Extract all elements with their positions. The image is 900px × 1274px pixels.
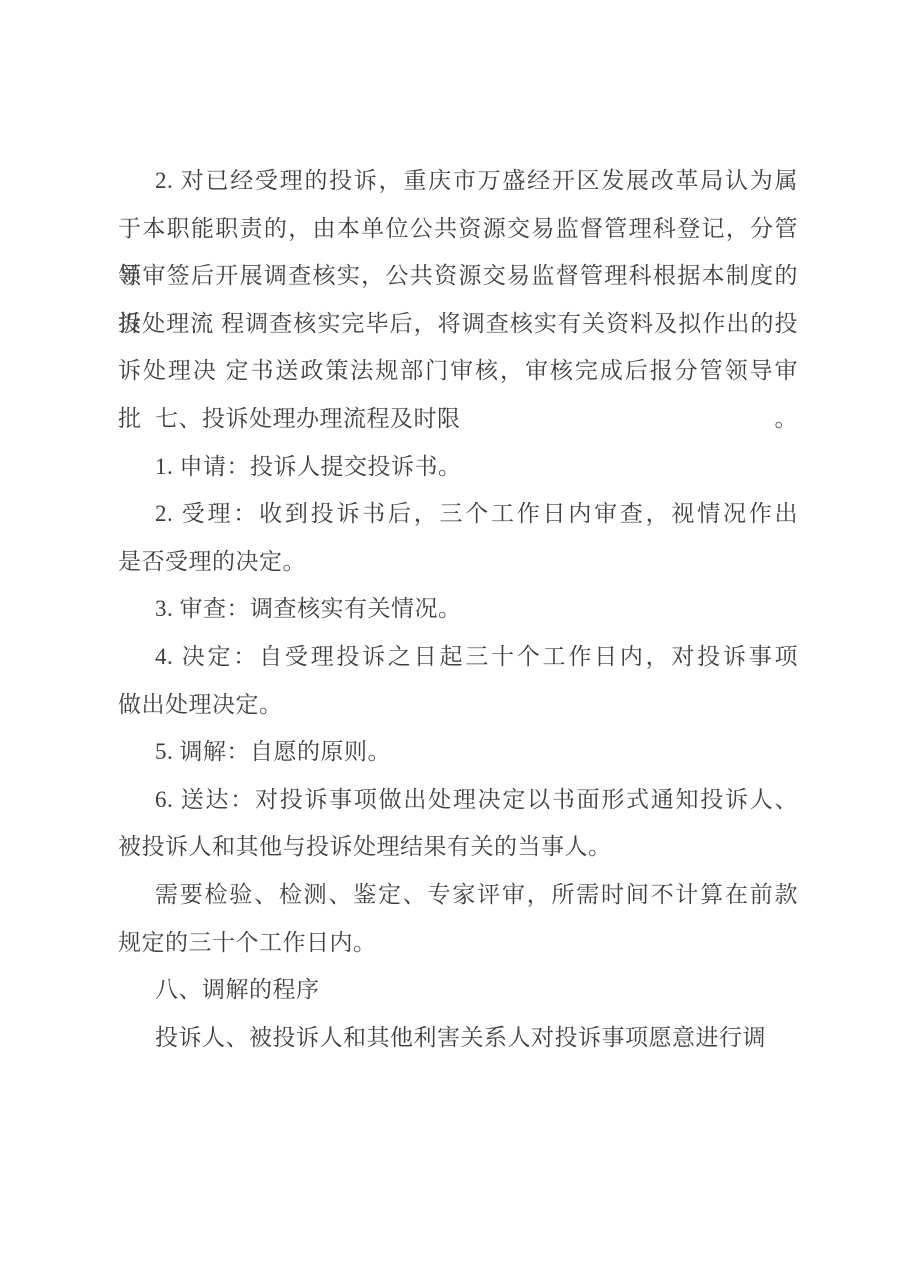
item-2-acceptance: 2. 受理：收到投诉书后，三个工作日内审查，视情况作出是否受理的决定。 <box>118 490 798 585</box>
heading-section-eight-line-1: 八、调解的程序 <box>118 966 798 1014</box>
item-2-acceptance-line-2: 是否受理的决定。 <box>118 538 798 586</box>
para-accepted-complaints-line-2: 于本职能职责的，由本单位公共资源交易监督管理科登记，分管领 <box>118 205 798 253</box>
para-mediation-willingness-line-1: 投诉人、被投诉人和其他利害关系人对投诉事项愿意进行调 <box>118 1014 798 1062</box>
document-page: 2. 对已经受理的投诉，重庆市万盛经开区发展改革局认为属于本职能职责的，由本单位… <box>0 0 900 1274</box>
item-5-mediation: 5. 调解：自愿的原则。 <box>118 728 798 776</box>
document-body: 2. 对已经受理的投诉，重庆市万盛经开区发展改革局认为属于本职能职责的，由本单位… <box>118 157 798 1061</box>
para-inspection-time-exclusion: 需要检验、检测、鉴定、专家评审，所需时间不计算在前款规定的三十个工作日内。 <box>118 871 798 966</box>
item-4-decision-line-1: 4. 决定：自受理投诉之日起三十个工作日内，对投诉事项 <box>118 633 798 681</box>
para-inspection-time-exclusion-line-1: 需要检验、检测、鉴定、专家评审，所需时间不计算在前款 <box>118 871 798 919</box>
heading-section-eight: 八、调解的程序 <box>118 966 798 1014</box>
item-2-acceptance-line-1: 2. 受理：收到投诉书后，三个工作日内审查，视情况作出 <box>118 490 798 538</box>
item-6-delivery: 6. 送达：对投诉事项做出处理决定以书面形式通知投诉人、被投诉人和其他与投诉处理… <box>118 776 798 871</box>
para-accepted-complaints-line-3: 导审签后开展调查核实，公共资源交易监督管理科根据本制度的投 <box>118 252 798 300</box>
item-3-review: 3. 审查：调查核实有关情况。 <box>118 585 798 633</box>
para-accepted-complaints-line-4: 诉处理流 程调查核实完毕后，将调查核实有关资料及拟作出的投 <box>118 300 798 348</box>
item-3-review-line-1: 3. 审查：调查核实有关情况。 <box>118 585 798 633</box>
item-6-delivery-line-2: 被投诉人和其他与投诉处理结果有关的当事人。 <box>118 823 798 871</box>
item-1-application-line-1: 1. 申请：投诉人提交投诉书。 <box>118 443 798 491</box>
item-4-decision-line-2: 做出处理决定。 <box>118 681 798 729</box>
para-inspection-time-exclusion-line-2: 规定的三十个工作日内。 <box>118 919 798 967</box>
item-5-mediation-line-1: 5. 调解：自愿的原则。 <box>118 728 798 776</box>
item-4-decision: 4. 决定：自受理投诉之日起三十个工作日内，对投诉事项做出处理决定。 <box>118 633 798 728</box>
item-1-application: 1. 申请：投诉人提交投诉书。 <box>118 443 798 491</box>
para-accepted-complaints-line-1: 2. 对已经受理的投诉，重庆市万盛经开区发展改革局认为属 <box>118 157 798 205</box>
para-accepted-complaints: 2. 对已经受理的投诉，重庆市万盛经开区发展改革局认为属于本职能职责的，由本单位… <box>118 157 798 395</box>
para-accepted-complaints-line-5: 诉处理决 定书送政策法规部门审核，审核完成后报分管领导审批。 <box>118 347 798 395</box>
item-6-delivery-line-1: 6. 送达：对投诉事项做出处理决定以书面形式通知投诉人、 <box>118 776 798 824</box>
para-mediation-willingness: 投诉人、被投诉人和其他利害关系人对投诉事项愿意进行调 <box>118 1014 798 1062</box>
